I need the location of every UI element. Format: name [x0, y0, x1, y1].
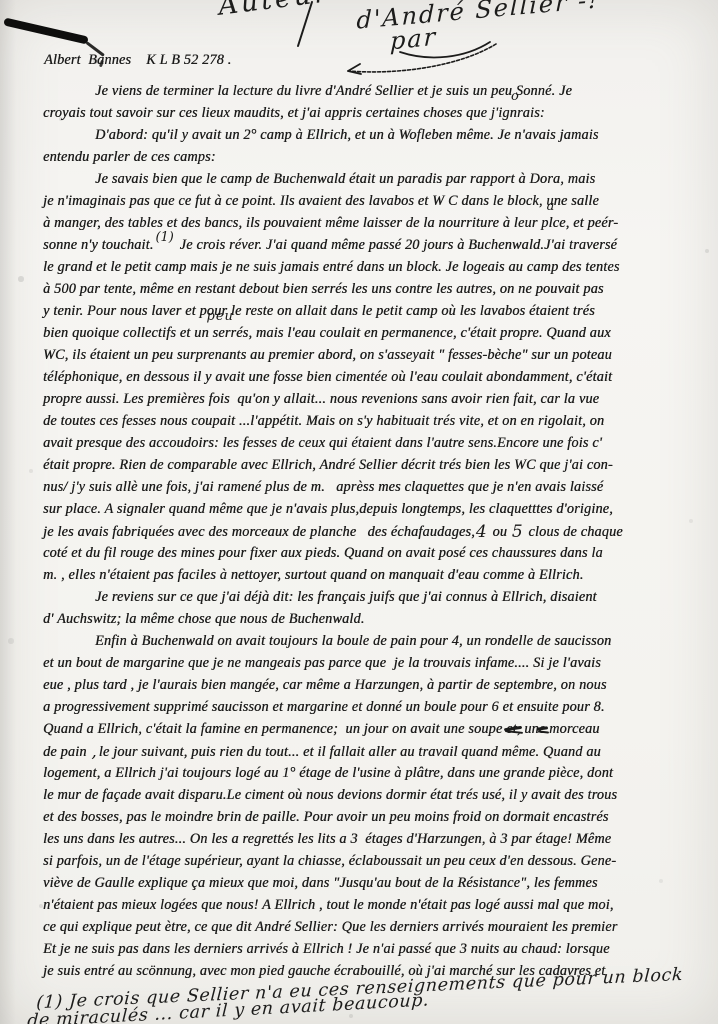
typed-text: nus/ j'y suis allè une fois, j'ai ramené… — [43, 479, 603, 495]
letter-body: Je viens de terminer la lecture du livre… — [43, 80, 713, 982]
typed-text: Quand a Ellrich, c'était la famine en pe… — [43, 721, 506, 737]
typed-text: téléphonique, en dessous il y avait une … — [43, 369, 612, 385]
typed-text: Je savais bien que le camp de Buchenwald… — [95, 171, 595, 187]
text-line: je les avais fabriquées avec des morceau… — [43, 520, 713, 542]
handwritten-footnote-ref: (1) — [155, 230, 173, 245]
typed-text: bien quoique collectifs et un — [43, 325, 213, 341]
typed-text: d' Auchswitz; la même chose que nous de … — [43, 611, 365, 627]
text-line: croyais tout savoir sur ces lieux maudit… — [43, 102, 713, 124]
scanned-letter-page: Auteur d'André Sellier -! par Albert Ban… — [0, 0, 718, 1024]
typed-text: croyais tout savoir sur ces lieux maudit… — [43, 105, 517, 121]
author-id-line: Albert Bannes K L B 52 278 . — [44, 52, 231, 69]
typed-text: rais: — [517, 105, 545, 121]
typed-text: je n'imaginais pas que ce fut à ce point… — [43, 193, 599, 209]
typed-text: ce, et peér- — [553, 215, 619, 231]
text-line: a progressivement supprimé saucisson et … — [43, 696, 713, 718]
text-line: Je reviens sur ce que j'ai déjà dit: les… — [43, 586, 713, 608]
typed-text: et des bosses, pas le moindre brin de pa… — [43, 809, 609, 825]
typed-text: D'abord: qu'il y avait un 2° camp à Ellr… — [95, 127, 599, 143]
pen-stroke-mark — [3, 17, 89, 44]
text-line: D'abord: qu'il y avait un 2° camp à Ellr… — [43, 124, 713, 146]
struck-text: e — [539, 718, 546, 740]
typed-text: entendu parler de ces camps: — [43, 149, 216, 165]
text-line: y tenir. Pour nous laver et pour le rest… — [43, 300, 713, 322]
text-line: Je savais bien que le camp de Buchenwald… — [43, 168, 713, 190]
text-line: nus/ j'y suis allè une fois, j'ai ramené… — [43, 476, 713, 498]
typed-text: Et je ne suis pas dans les derniers arri… — [43, 941, 610, 957]
typed-text: ce qui explique peut ètre, ce que dit An… — [43, 919, 617, 935]
typed-text: sonne n'y touchait. — [43, 237, 153, 253]
text-line: viève de Gaulle explique ça mieux que mo… — [43, 872, 713, 894]
typed-text: serrés, mais l'eau coulait en permanence… — [213, 325, 611, 341]
text-line: coté et du fil rouge des mines pour fixe… — [43, 542, 713, 564]
text-line: ce qui explique peut ètre, ce que dit An… — [43, 916, 713, 938]
typed-text: si parfois, un de l'étage supérieur, aya… — [43, 853, 616, 869]
text-line: le grand et le petit camp mais je ne sui… — [43, 256, 713, 278]
text-line: WC, ils étaient un peu surprenants au pr… — [43, 344, 713, 366]
text-line: les uns dans les autres... On les a regr… — [43, 828, 713, 850]
typed-text: m. , elles n'étaient pas faciles à netto… — [43, 567, 583, 583]
text-line: à 500 par tente, même en restant debout … — [43, 278, 713, 300]
text-line: sonne n'y touchait.(1) Je crois réver. J… — [43, 234, 713, 256]
struck-text: et, — [506, 718, 520, 740]
text-line: n'étaient pas mieux logées que nous! A E… — [43, 894, 713, 916]
text-line: était propre. Rien de comparable avec El… — [43, 454, 713, 476]
text-line: Et je ne suis pas dans les derniers arri… — [43, 938, 713, 960]
text-line: avait presque des accoudoirs: les fesses… — [43, 432, 713, 454]
typed-text: Je viens de terminer la lecture du livre… — [95, 83, 572, 99]
typed-text: a progressivement supprimé saucisson et … — [43, 699, 605, 715]
text-line: d' Auchswitz; la même chose que nous de … — [43, 608, 713, 630]
typed-text: propre aussi. Les premières fois qu'on y… — [43, 391, 599, 407]
typed-text: avait presque des accoudoirs: les fesses… — [43, 435, 602, 451]
text-line: et un bout de margarine que je ne mangea… — [43, 652, 713, 674]
typed-text: Je reviens sur ce que j'ai déjà dit: les… — [95, 589, 597, 605]
typed-text: le mur de façade avait disparu.Le ciment… — [43, 787, 617, 803]
typed-text: viève de Gaulle explique ça mieux que mo… — [43, 875, 598, 891]
typed-text: logement, a Ellrich j'ai toujours logé a… — [43, 765, 613, 781]
typed-text: eue , plus tard , je l'aurais bien mangé… — [43, 677, 607, 693]
typed-text: WC, ils étaient un peu surprenants au pr… — [43, 347, 612, 363]
text-line: si parfois, un de l'étage supérieur, aya… — [43, 850, 713, 872]
typed-text: et un bout de margarine que je ne mangea… — [43, 655, 601, 671]
text-line: propre aussi. Les premières fois qu'on y… — [43, 388, 713, 410]
text-line: de pain ,le jour suivant, puis rien du t… — [43, 740, 713, 762]
text-line: m. , elles n'étaient pas faciles à netto… — [43, 564, 713, 586]
typed-text: de pain — [43, 744, 90, 760]
typed-text: de toutes ces fesses nous coupait ...l'a… — [43, 413, 604, 429]
typed-text: n'étaient pas mieux logées que nous! A E… — [43, 897, 614, 913]
text-line: eue , plus tard , je l'aurais bien mangé… — [43, 674, 713, 696]
typed-text: y tenir. Pour nous laver et pour le rest… — [43, 303, 595, 319]
typed-text: je les avais fabriquées avec des morceau… — [43, 524, 475, 540]
typed-text: Enfin à Buchenwald on avait toujours la … — [95, 633, 611, 649]
scan-edge-shadow — [0, 0, 16, 1024]
typed-text: clous de chaque — [525, 524, 623, 540]
text-line: à manger, des tables et des bancs, ils p… — [43, 212, 713, 234]
scan-noise-speckles — [0, 0, 2, 2]
typed-text: Je crois réver. J'ai quand même passé 20… — [176, 237, 617, 253]
text-line: de toutes ces fesses nous coupait ...l'a… — [43, 410, 713, 432]
text-line: logement, a Ellrich j'ai toujours logé a… — [43, 762, 713, 784]
text-line: entendu parler de ces camps: — [43, 146, 713, 168]
typed-text: le jour suivant, puis rien du tout... et… — [99, 744, 601, 760]
typed-text: à 500 par tente, même en restant debout … — [43, 281, 604, 297]
typed-text: à manger, des tables et des bancs, ils p… — [43, 215, 553, 231]
typed-text: morceau — [545, 721, 599, 737]
text-line: téléphonique, en dessous il y avait une … — [43, 366, 713, 388]
text-line: sur place. A signaler quand même que je … — [43, 498, 713, 520]
typed-text: ou — [489, 524, 511, 540]
handwritten-mark: 5 — [511, 522, 525, 542]
typed-text: le grand et le petit camp mais je ne sui… — [43, 259, 620, 275]
typed-text: coté et du fil rouge des mines pour fixe… — [43, 545, 603, 561]
text-line: bien quoique collectifs et un peuserrés,… — [43, 322, 713, 344]
handwritten-mark: , — [90, 742, 98, 762]
text-line: je n'imaginais pas que ce fut à ce point… — [43, 190, 713, 212]
typed-text: sur place. A signaler quand même que je … — [43, 501, 613, 517]
typed-text: était propre. Rien de comparable avec El… — [43, 457, 613, 473]
text-line: et des bosses, pas le moindre brin de pa… — [43, 806, 713, 828]
text-line: Enfin à Buchenwald on avait toujours la … — [43, 630, 713, 652]
text-line: Je viens de terminer la lecture du livre… — [43, 80, 713, 102]
text-line: Quand a Ellrich, c'était la famine en pe… — [43, 718, 713, 740]
typed-text: les uns dans les autres... On les a regr… — [43, 831, 611, 847]
handwritten-mark: 4 — [475, 522, 489, 542]
text-line: le mur de façade avait disparu.Le ciment… — [43, 784, 713, 806]
